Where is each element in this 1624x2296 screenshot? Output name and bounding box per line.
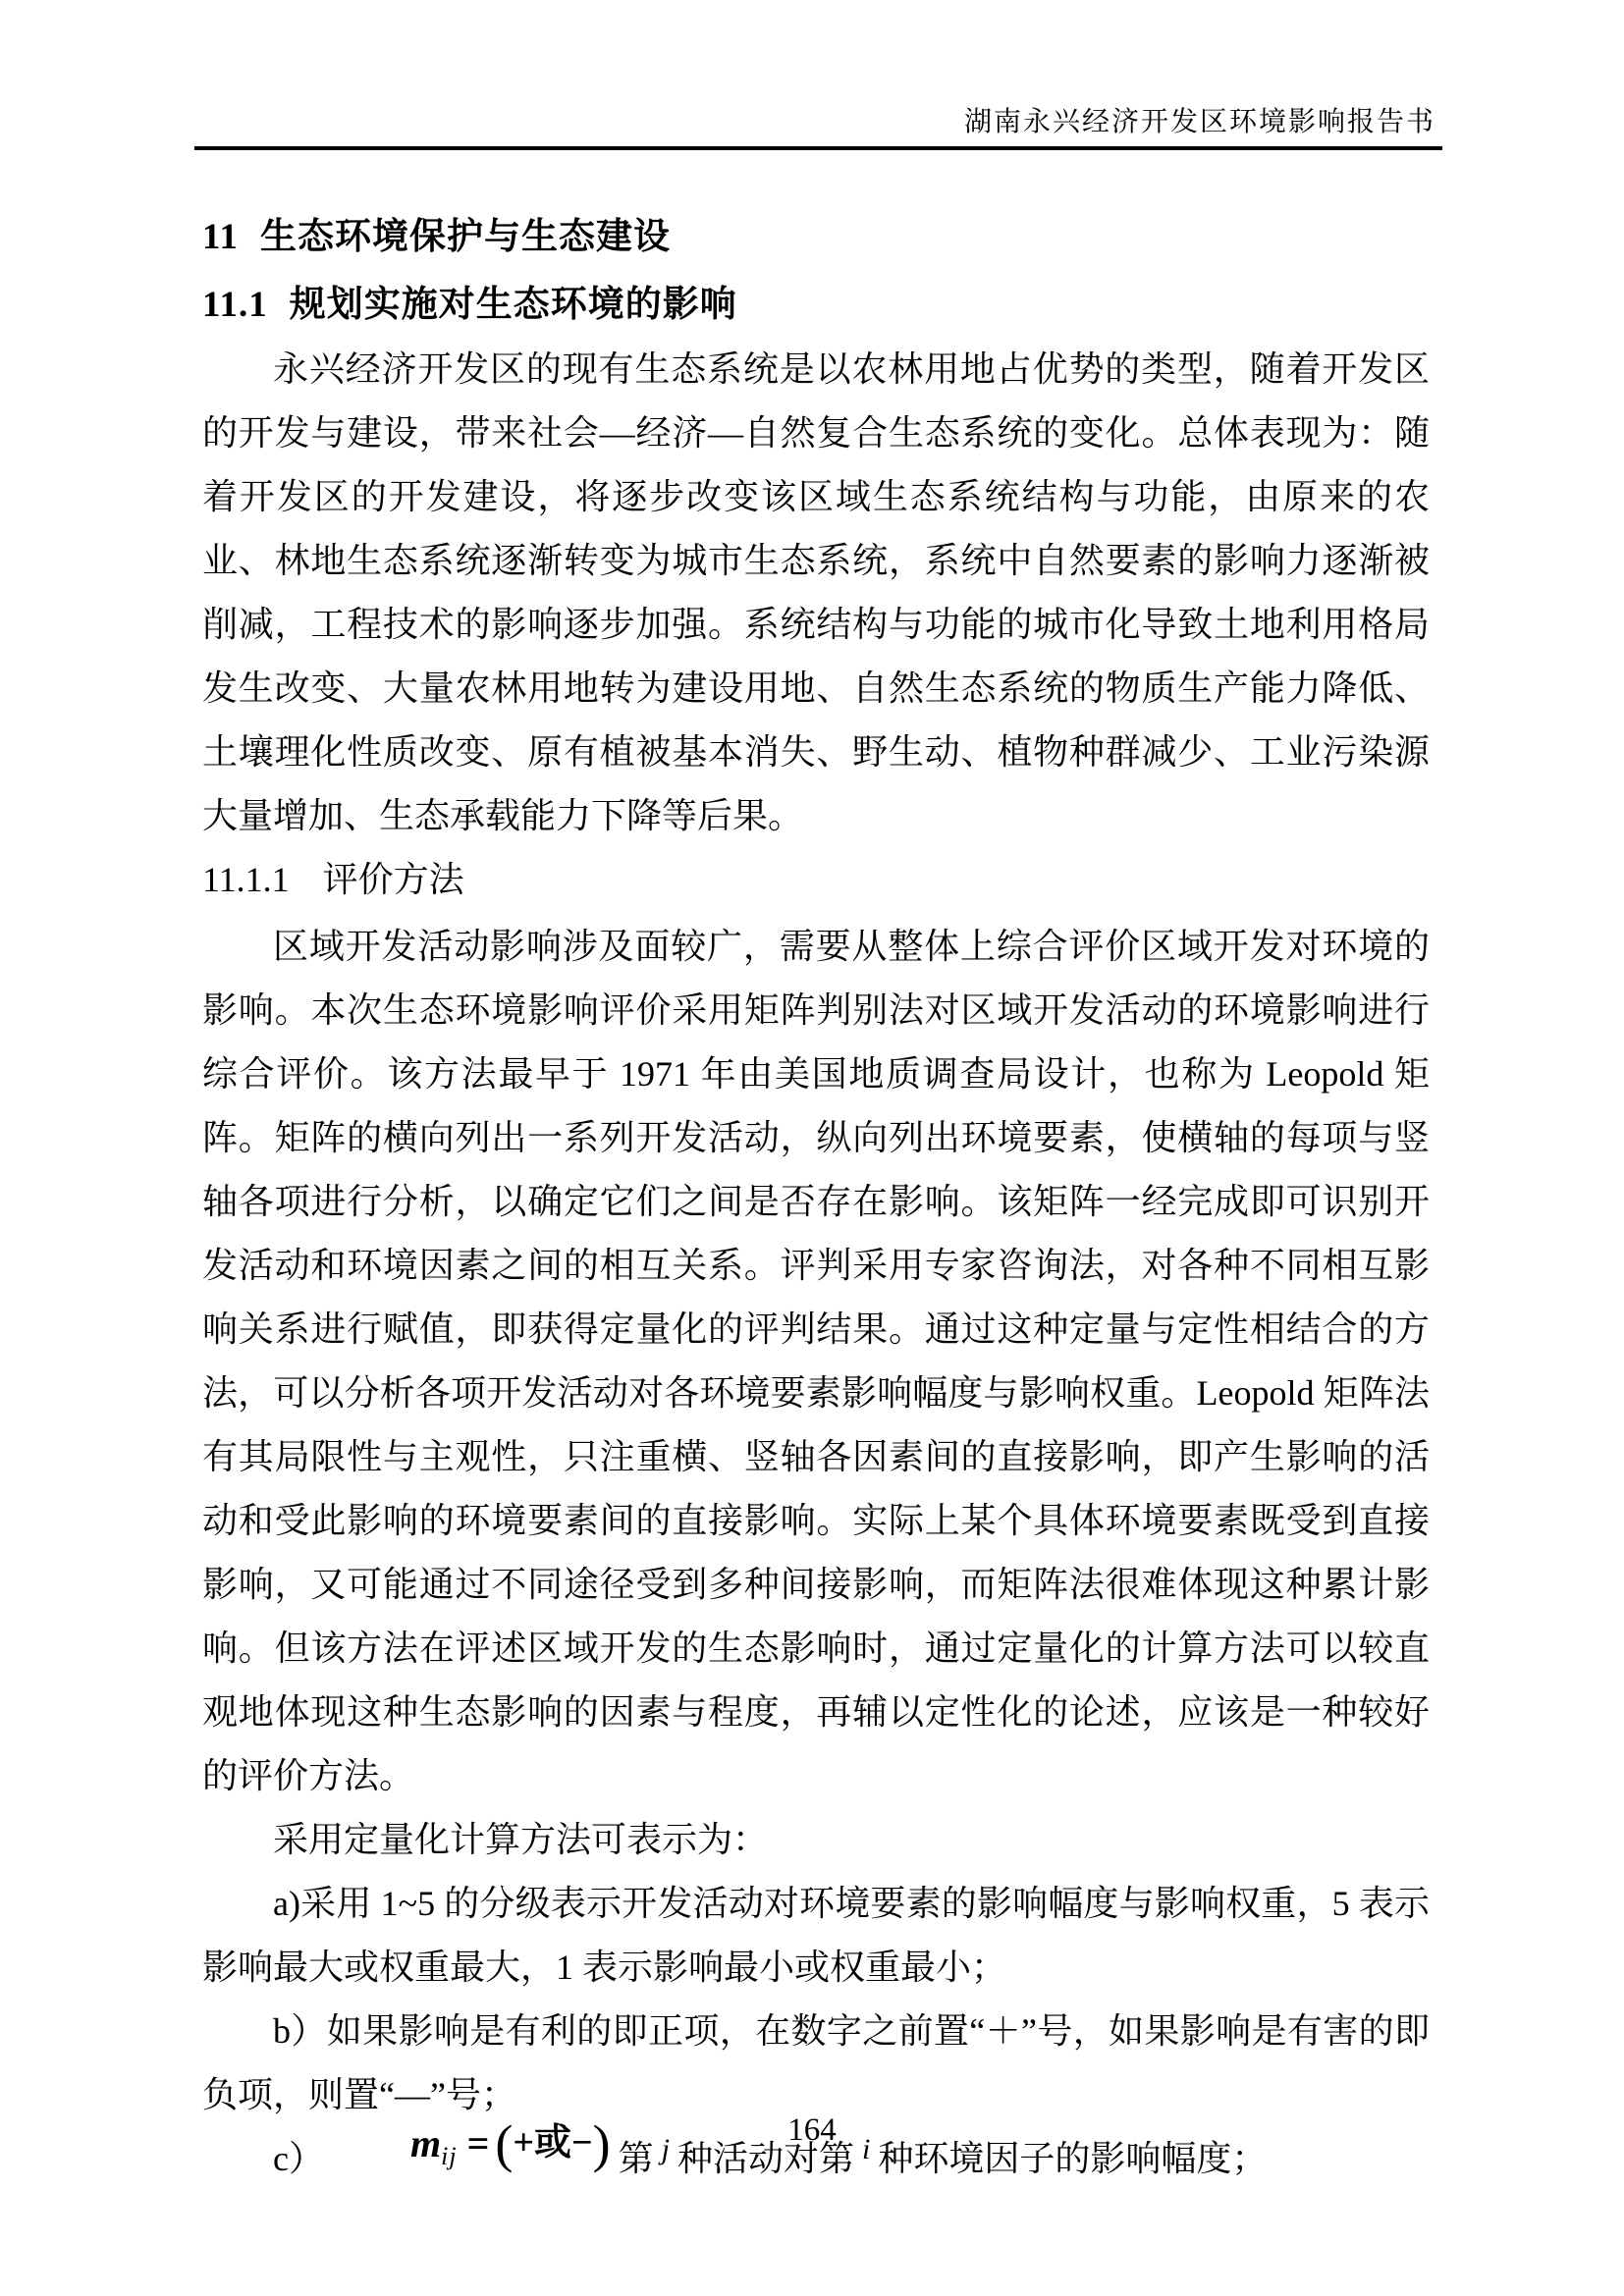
section-number: 11: [202, 217, 239, 257]
section-title: 规划实施对生态环境的影响: [290, 284, 737, 324]
section-heading-11-1-1: 11.1.1评价方法: [202, 856, 1430, 903]
paragraph-ecosystem-overview: 永兴经济开发区的现有生态系统是以农林用地占优势的类型，随着开发区的开发与建设，带…: [202, 338, 1430, 848]
section-heading-11-1: 11.1规划实施对生态环境的影响: [202, 284, 1430, 326]
paragraph-leopold-matrix-method: 区域开发活动影响涉及面较广，需要从整体上综合评价区域开发对环境的影响。本次生态环…: [202, 915, 1430, 1808]
section-number: 11.1.1: [202, 860, 290, 899]
page-number: 164: [0, 2112, 1624, 2149]
section-number: 11.1: [202, 285, 268, 325]
section-title: 评价方法: [323, 860, 464, 899]
list-item-b: b）如果影响是有利的即正项，在数字之前置“＋”号，如果影响是有害的即负项，则置“…: [202, 2000, 1430, 2127]
page-content: 11生态环境保护与生态建设 11.1规划实施对生态环境的影响 永兴经济开发区的现…: [202, 216, 1430, 2193]
document-page: 湖南永兴经济开发区环境影响报告书 11生态环境保护与生态建设 11.1规划实施对…: [0, 0, 1624, 2296]
header-rule-divider: [194, 146, 1442, 150]
paragraph-quantitative-method-intro: 采用定量化计算方法可表示为：: [202, 1808, 1430, 1872]
list-item-a: a)采用 1~5 的分级表示开发活动对环境要素的影响幅度与影响权重，5 表示影响…: [202, 1872, 1430, 2000]
section-title: 生态环境保护与生态建设: [260, 216, 671, 256]
section-heading-11: 11生态环境保护与生态建设: [202, 216, 1430, 258]
page-header-title: 湖南永兴经济开发区环境影响报告书: [964, 106, 1435, 139]
